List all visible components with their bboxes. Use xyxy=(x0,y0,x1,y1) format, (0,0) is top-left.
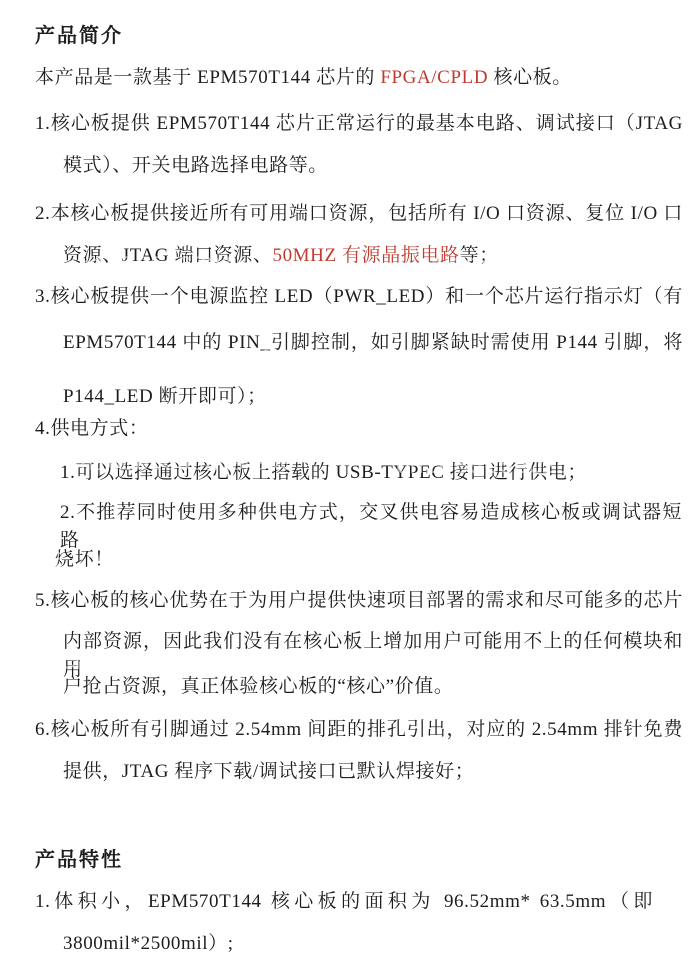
watermark-layer: cn1088666021sreaecn1088666021sreaecn1088… xyxy=(0,0,700,978)
item-3-line-2: EPM570T144 中的 PIN_引脚控制，如引脚紧缺时需使用 P144 引脚… xyxy=(63,329,683,357)
section-title-product-features: 产品特性 xyxy=(35,846,123,874)
intro-text-b: 核心板。 xyxy=(488,67,572,88)
item-1-line-2: 模式）、开关电路选择电路等。 xyxy=(63,152,328,180)
intro-paragraph: 本产品是一款基于 EPM570T144 芯片的 FPGA/CPLD 核心板。 xyxy=(35,64,572,92)
item-2-text-b: 等； xyxy=(460,245,499,266)
section-title-product-intro: 产品简介 xyxy=(35,22,123,50)
item-4-sub-2-line-2: 烧坏！ xyxy=(55,546,114,574)
item-2-highlight-50mhz: 50MHZ 有源晶振电路 xyxy=(272,245,459,266)
feature-1-line-1: 1.体积小，EPM570T144 核心板的面积为 96.52mm* 63.5mm… xyxy=(35,888,653,916)
item-4-sub-1: 1.可以选择通过核心板上搭载的 USB-TYPEC 接口进行供电； xyxy=(60,459,587,487)
intro-text-a: 本产品是一款基于 EPM570T144 芯片的 xyxy=(35,67,380,88)
item-2-text-a: 资源、JTAG 端口资源、 xyxy=(63,245,272,266)
item-3-line-1: 3.核心板提供一个电源监控 LED（PWR_LED）和一个芯片运行指示灯（有 xyxy=(35,283,683,311)
item-2-line-2: 资源、JTAG 端口资源、50MHZ 有源晶振电路等； xyxy=(63,242,499,270)
item-2-line-1: 2.本核心板提供接近所有可用端口资源，包括所有 I/O 口资源、复位 I/O 口 xyxy=(35,200,683,228)
item-6-line-2: 提供，JTAG 程序下载/调试接口已默认焊接好； xyxy=(63,758,474,786)
watermark-text: cn1088666021sreae xyxy=(0,345,66,374)
item-3-line-3: P144_LED 断开即可）； xyxy=(63,383,267,411)
item-5-line-1: 5.核心板的核心优势在于为用户提供快速项目部署的需求和尽可能多的芯片 xyxy=(35,587,683,615)
intro-highlight-fpga-cpld: FPGA/CPLD xyxy=(380,67,488,88)
item-4-heading: 4.供电方式： xyxy=(35,415,148,443)
item-4-sub-2-line-1: 2.不推荐同时使用多种供电方式，交叉供电容易造成核心板或调试器短路 xyxy=(60,499,682,555)
document-page: 产品简介 本产品是一款基于 EPM570T144 芯片的 FPGA/CPLD 核… xyxy=(0,0,700,978)
feature-1-line-2: 3800mil*2500mil）; xyxy=(63,930,234,958)
item-6-line-1: 6.核心板所有引脚通过 2.54mm 间距的排孔引出，对应的 2.54mm 排针… xyxy=(35,716,683,744)
item-1-line-1: 1.核心板提供 EPM570T144 芯片正常运行的最基本电路、调试接口（JTA… xyxy=(35,110,683,138)
item-5-line-3: 户抢占资源，真正体验核心板的“核心”价值。 xyxy=(63,673,453,701)
